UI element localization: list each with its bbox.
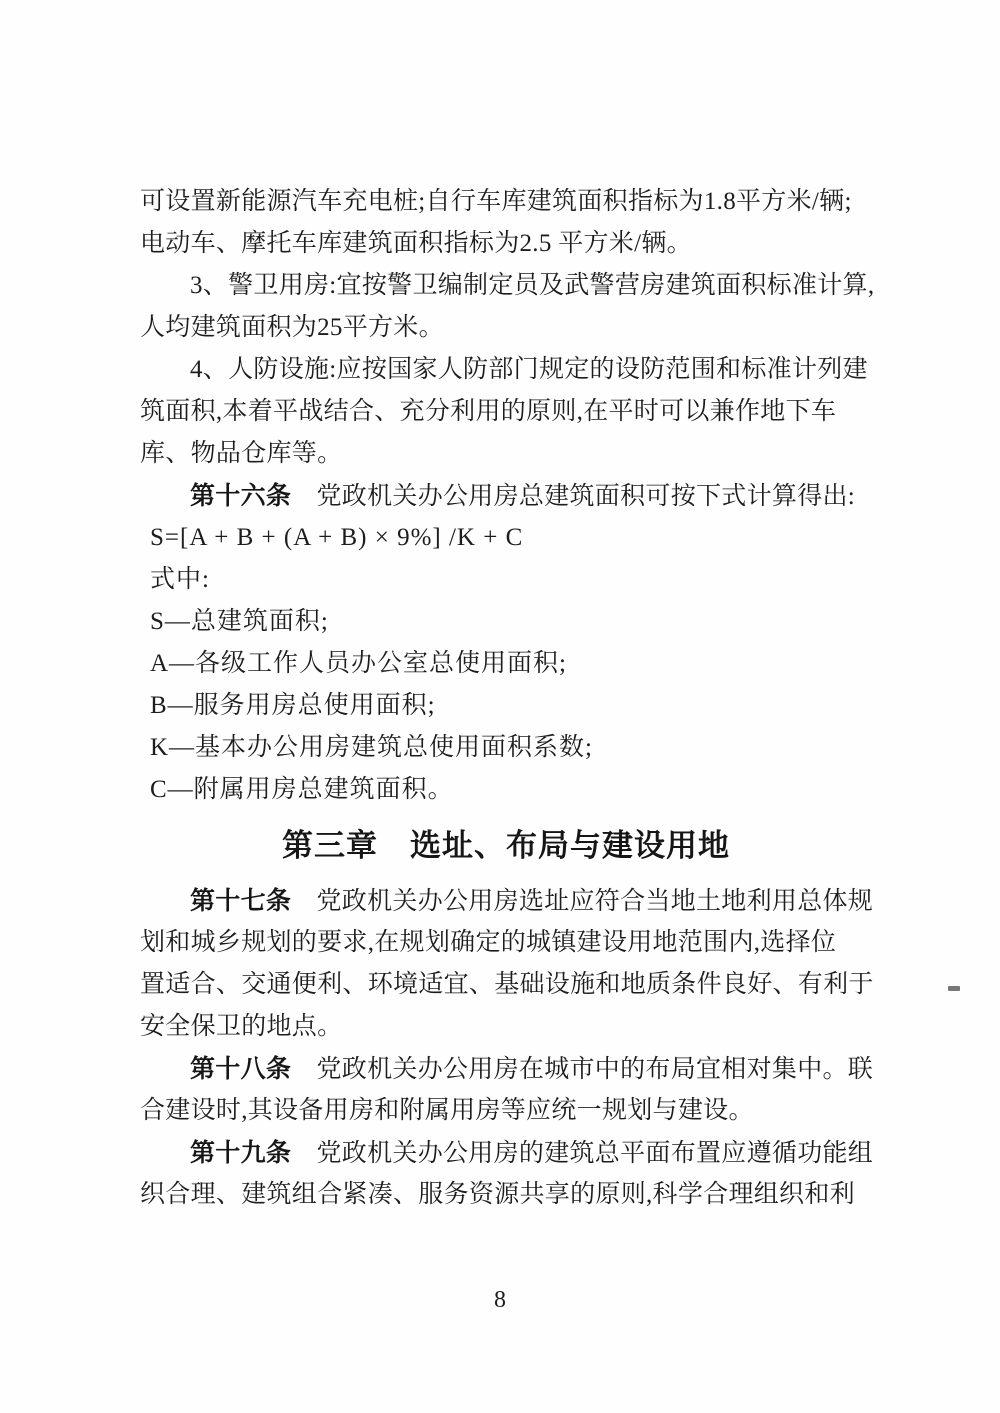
formula-line: A—各级工作人员办公室总使用面积;: [140, 643, 872, 685]
text-line: 织合理、建筑组合紧凑、服务资源共享的原则,科学合理组织和利: [140, 1174, 872, 1216]
text-segment: C—附属用房总建筑面积。: [150, 776, 454, 803]
text-segment: 4、人防设施:应按国家人防部门规定的设防范围和标准计列建: [190, 356, 868, 383]
document-page: 可设置新能源汽车充电桩;自行车库建筑面积指标为1.8平方米/辆;电动车、摩托车库…: [0, 0, 1000, 1413]
bold-term: 第十八条: [190, 1055, 291, 1083]
formula-line: S—总建筑面积;: [140, 601, 872, 643]
scan-artifact-mark: [948, 986, 960, 991]
text-segment: S—总建筑面积;: [150, 608, 329, 635]
formula-line: S=[A + B + (A + B) × 9%] /K + C: [140, 517, 872, 559]
text-line: 3、警卫用房:宜按警卫编制定员及武警营房建筑面积标准计算,: [140, 265, 872, 307]
text-segment: 织合理、建筑组合紧凑、服务资源共享的原则,科学合理组织和利: [140, 1181, 855, 1208]
text-line: 安全保卫的地点。: [140, 1006, 872, 1048]
text-segment: 合建设时,其设备用房和附属用房等应统一规划与建设。: [140, 1097, 754, 1124]
text-segment: 安全保卫的地点。: [140, 1013, 342, 1040]
formula-line: B—服务用房总使用面积;: [140, 685, 872, 727]
text-segment: 党政机关办公用房的建筑总平面布置应遵循功能组: [291, 1140, 873, 1167]
text-segment: 库、物品仓库等。: [140, 440, 342, 467]
text-segment: 式中:: [150, 566, 210, 593]
text-segment: 3、警卫用房:宜按警卫编制定员及武警营房建筑面积标准计算,: [190, 272, 874, 299]
text-segment: S=[A + B + (A + B) × 9%] /K + C: [150, 524, 523, 551]
text-line: 第十八条 党政机关办公用房在城市中的布局宜相对集中。联: [140, 1048, 872, 1090]
text-line: 置适合、交通便利、环境适宜、基础设施和地质条件良好、有利于: [140, 964, 872, 1006]
text-line: 库、物品仓库等。: [140, 433, 872, 475]
bold-term: 第十九条: [190, 1139, 291, 1167]
text-segment: 党政机关办公用房总建筑面积可按下式计算得出:: [291, 483, 855, 510]
text-line: 电动车、摩托车库建筑面积指标为2.5 平方米/辆。: [140, 223, 872, 265]
text-line: 筑面积,本着平战结合、充分利用的原则,在平时可以兼作地下车: [140, 391, 872, 433]
text-segment: 人均建筑面积为25平方米。: [140, 314, 444, 341]
formula-line: 式中:: [140, 559, 872, 601]
text-segment: B—服务用房总使用面积;: [150, 692, 436, 719]
text-segment: 划和城乡规划的要求,在规划确定的城镇建设用地范围内,选择位: [140, 929, 836, 956]
text-line: 4、人防设施:应按国家人防部门规定的设防范围和标准计列建: [140, 349, 872, 391]
text-segment: 党政机关办公用房选址应符合当地土地利用总体规: [291, 888, 873, 915]
text-segment: 置适合、交通便利、环境适宜、基础设施和地质条件良好、有利于: [140, 971, 874, 998]
document-body: 可设置新能源汽车充电桩;自行车库建筑面积指标为1.8平方米/辆;电动车、摩托车库…: [140, 181, 872, 1216]
chapter-heading: 第三章 选址、布局与建设用地: [140, 823, 872, 869]
text-line: 人均建筑面积为25平方米。: [140, 307, 872, 349]
bold-term: 第三章 选址、布局与建设用地: [282, 828, 730, 863]
text-segment: 电动车、摩托车库建筑面积指标为2.5 平方米/辆。: [140, 230, 692, 257]
bold-term: 第十六条: [190, 482, 291, 510]
text-line: 第十六条 党政机关办公用房总建筑面积可按下式计算得出:: [140, 475, 872, 517]
text-line: 划和城乡规划的要求,在规划确定的城镇建设用地范围内,选择位: [140, 922, 872, 964]
text-segment: 党政机关办公用房在城市中的布局宜相对集中。联: [291, 1056, 873, 1083]
text-line: 合建设时,其设备用房和附属用房等应统一规划与建设。: [140, 1090, 872, 1132]
text-segment: K—基本办公用房建筑总使用面积系数;: [150, 734, 593, 761]
formula-line: C—附属用房总建筑面积。: [140, 769, 872, 811]
text-line: 第十七条 党政机关办公用房选址应符合当地土地利用总体规: [140, 880, 872, 922]
page-number: 8: [0, 1283, 1000, 1317]
text-line: 可设置新能源汽车充电桩;自行车库建筑面积指标为1.8平方米/辆;: [140, 181, 872, 223]
formula-line: K—基本办公用房建筑总使用面积系数;: [140, 727, 872, 769]
text-segment: 筑面积,本着平战结合、充分利用的原则,在平时可以兼作地下车: [140, 398, 836, 425]
bold-term: 第十七条: [190, 887, 291, 915]
text-segment: A—各级工作人员办公室总使用面积;: [150, 650, 567, 677]
text-segment: 可设置新能源汽车充电桩;自行车库建筑面积指标为1.8平方米/辆;: [140, 188, 852, 215]
text-line: 第十九条 党政机关办公用房的建筑总平面布置应遵循功能组: [140, 1132, 872, 1174]
